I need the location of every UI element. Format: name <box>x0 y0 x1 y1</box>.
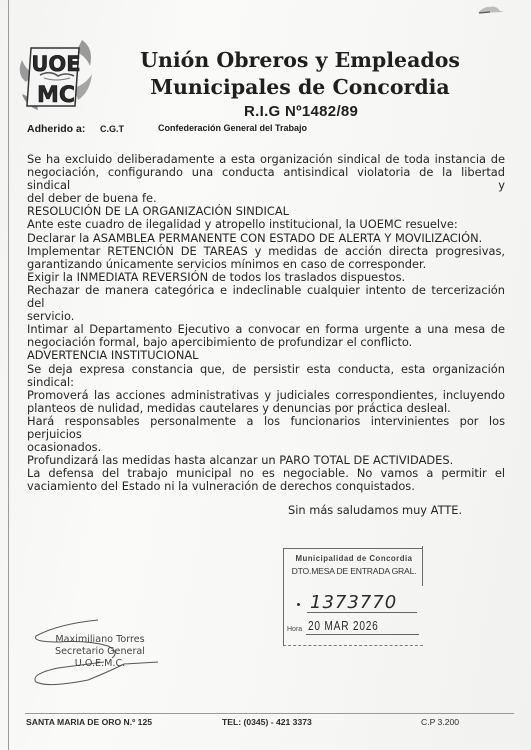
stamp-date-underline <box>306 634 419 635</box>
signatory-org: U.O.E.M.C. <box>40 658 160 670</box>
stamp-department: DTO.MESA DE ENTRADA GRAL. <box>286 566 422 576</box>
signature-block: Maximiliano Torres Secretario General U.… <box>40 634 160 670</box>
letter-page: UOE MC Unión Obreros y Empleados Municip… <box>0 0 531 750</box>
footer-postal-code: C.P 3.200 <box>421 717 459 727</box>
registration-number: R.I.G Nº1482/89 <box>244 103 358 120</box>
affiliation-abbr: C.G.T <box>100 124 124 134</box>
body-line: Exigir la INMEDIATA REVERSIÓN de todos l… <box>27 271 505 284</box>
uoemc-logo-icon: UOE MC <box>12 34 98 114</box>
stamp-date: 20 MAR 2026 <box>308 618 379 633</box>
body-line: ADVERTENCIA INSTITUCIONAL <box>27 349 505 362</box>
stamp-number-underline <box>307 612 417 613</box>
svg-text:MC: MC <box>37 83 75 108</box>
body-line: Se deja expresa constancia que, de persi… <box>27 363 505 376</box>
signatory-name: Maximiliano Torres <box>40 634 160 646</box>
body-line: Ante este cuadro de ilegalidad y atropel… <box>27 218 505 231</box>
stamp-entry-number: 1373770 <box>310 592 397 613</box>
footer-divider <box>25 713 514 714</box>
affiliation-name: Confederación General del Trabajo <box>158 123 307 133</box>
footer-address: SANTA MARIA DE ORO N.º 125 <box>26 717 152 727</box>
body-line: garantizando únicamente servicios mínimo… <box>27 258 505 271</box>
body-line: Implementar RETENCIÓN DE TAREAS y medida… <box>27 245 505 258</box>
body-line: Rechazar de manera categórica e indeclin… <box>27 284 505 310</box>
stamp-hora-label: Hora <box>287 626 302 633</box>
scan-edge-line <box>8 0 9 750</box>
body-line: Hará responsables personalmente a los fu… <box>27 415 505 441</box>
closing-salutation: Sin más saludamos muy ATTE. <box>288 503 462 517</box>
org-name-line-2: Municipales de Concordia <box>130 74 470 101</box>
svg-text:UOE: UOE <box>31 52 80 76</box>
body-line: planteos de nulidad, medidas cautelares … <box>27 402 505 415</box>
stamp-border <box>422 546 423 586</box>
affiliation-label: Adherido a: <box>27 123 85 135</box>
body-line: Promoverá las acciones administrativas y… <box>27 389 505 402</box>
org-name-line-1: Unión Obreros y Empleados <box>130 47 470 74</box>
body-line: vaciamiento del Estado ni la vulneración… <box>27 480 505 493</box>
corner-smudge-icon <box>476 4 506 14</box>
body-line: negociación, configurando una conducta a… <box>27 166 505 192</box>
stamp-institution: Municipalidad de Concordia <box>290 554 418 563</box>
signatory-title: Secretario General <box>40 646 160 658</box>
body-line: sindical: <box>27 376 505 389</box>
stamp-bullet <box>297 603 300 606</box>
organization-name: Unión Obreros y Empleados Municipales de… <box>130 47 470 101</box>
body-line: Declarar la ASAMBLEA PERMANENTE CON ESTA… <box>27 232 505 245</box>
letter-body: Se ha excluido deliberadamente a esta or… <box>27 153 505 493</box>
footer-phone: TEL: (0345) - 421 3373 <box>222 717 312 727</box>
